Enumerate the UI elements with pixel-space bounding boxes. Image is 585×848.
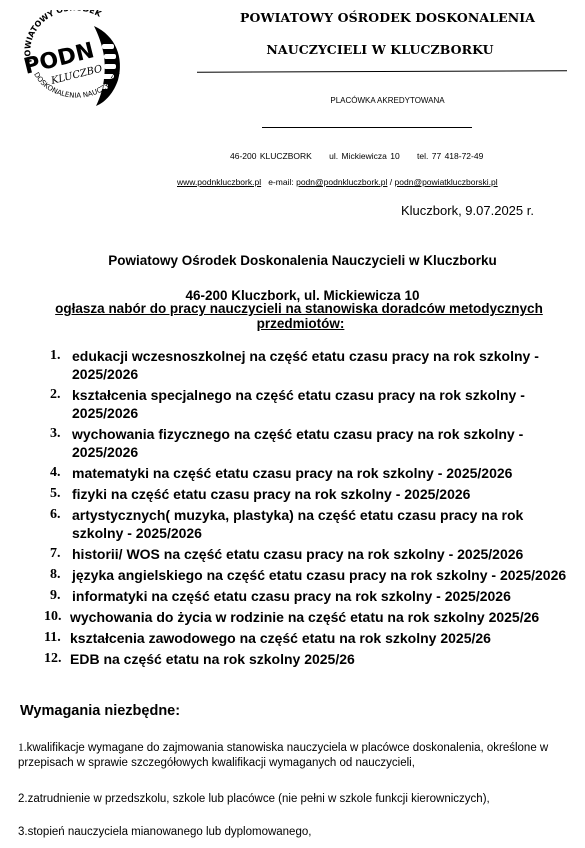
list-item: 8.języka angielskiego na część etatu cza… — [0, 566, 585, 584]
podn-emblem-icon: POWIATOWY OŚRODEK DOSKONALENIA NAUCZYCIE… — [18, 10, 140, 110]
list-item: 12.EDB na część etatu na rok szkolny 202… — [0, 650, 585, 668]
requirement-item: 1.kwalifikacje wymagane do zajmowania st… — [18, 741, 578, 771]
announcement-headline: ogłasza nabór do pracy nauczycieli na st… — [0, 301, 585, 316]
requirement-item: 2.zatrudnienie w przedszkolu, szkole lub… — [18, 792, 578, 807]
announcement-institution: Powiatowy Ośrodek Doskonalenia Nauczycie… — [10, 253, 585, 268]
accreditation-divider — [262, 127, 472, 128]
date-line: Kluczbork, 9.07.2025 r. — [401, 203, 534, 218]
list-item: 6.artystycznych( muzyka, plastyka) na cz… — [0, 506, 585, 542]
list-item: 7.historii/ WOS na część etatu czasu pra… — [0, 545, 585, 563]
list-item: 4. matematyki na część etatu czasu pracy… — [0, 464, 585, 482]
requirement-item: 3.stopień nauczyciela mianowanego lub dy… — [18, 825, 578, 840]
list-item: 11.kształcenia zawodowego na część etatu… — [0, 629, 585, 647]
subjects-list: 1.edukacji wczesnoszkolnej na część etat… — [0, 347, 585, 671]
institution-title-line2: NAUCZYCIELI W KLUCZBORKU — [190, 42, 570, 57]
podn-logo: POWIATOWY OŚRODEK DOSKONALENIA NAUCZYCIE… — [18, 10, 140, 110]
postal-city: 46-200 KLUCZBORK — [230, 151, 312, 161]
institution-title-line1: POWIATOWY OŚRODEK DOSKONALENIA — [190, 10, 585, 25]
requirements-heading: Wymagania niezbędne: — [20, 703, 180, 719]
announcement-headline-cont: przedmiotów: — [8, 316, 585, 331]
list-item: 10.wychowania do życia w rodzinie na czę… — [0, 608, 585, 626]
list-item: 9.informatyki na część etatu czasu pracy… — [0, 587, 585, 605]
address-line: 46-200 KLUCZBORK ul. Mickiewicza 10 tel.… — [230, 151, 483, 161]
list-item: 5.fizyki na część etatu czasu pracy na r… — [0, 485, 585, 503]
header-divider — [197, 70, 567, 73]
website-link[interactable]: www.podnkluczbork.pl — [177, 177, 261, 187]
email-link-secondary[interactable]: podn@powiatkluczborski.pl — [395, 177, 498, 187]
accreditation-label: PLACÓWKA AKREDYTOWANA — [190, 96, 585, 105]
list-item: 2.kształcenia specjalnego na część etatu… — [0, 386, 585, 422]
phone: tel. 77 418-72-49 — [417, 151, 483, 161]
email-link-primary[interactable]: podn@podnkluczbork.pl — [296, 177, 387, 187]
email-label: e-mail: — [268, 177, 294, 187]
email-separator: / — [390, 177, 392, 187]
contact-line: www.podnkluczbork.pl e-mail: podn@podnkl… — [177, 177, 498, 187]
list-item: 3.wychowania fizycznego na część etatu c… — [0, 425, 585, 461]
street: ul. Mickiewicza 10 — [329, 151, 400, 161]
list-item: 1.edukacji wczesnoszkolnej na część etat… — [0, 347, 585, 383]
